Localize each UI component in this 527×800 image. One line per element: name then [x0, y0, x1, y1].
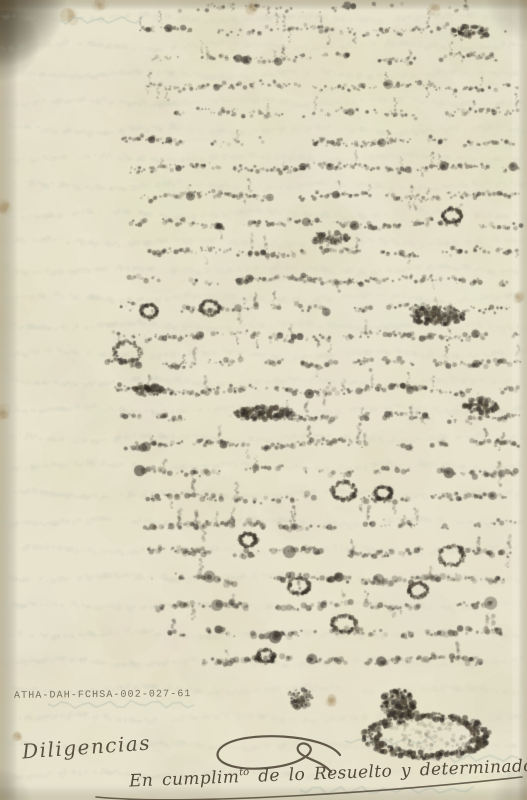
opening-line-start: En cumplim — [129, 767, 240, 791]
archive-reference-stamp: ATHA-DAH-FCHSA-002-027-61 — [14, 689, 192, 702]
ink-bleed-texture — [0, 0, 527, 800]
manuscript-page: ATHA-DAH-FCHSA-002-027-61 Diligencias En… — [0, 0, 527, 800]
